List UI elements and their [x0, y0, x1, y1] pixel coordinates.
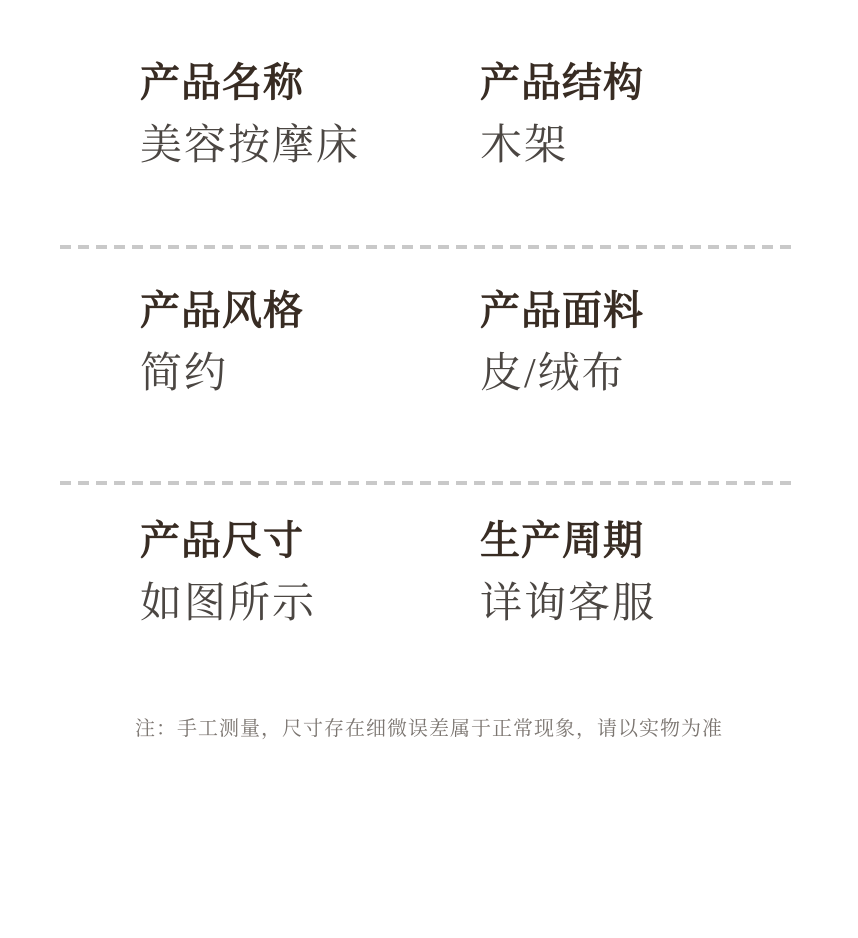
spec-label-product-style: 产品风格	[140, 289, 480, 333]
spec-label-production-cycle: 生产周期	[480, 519, 656, 563]
spec-item-production-cycle: 生产周期 详询客服	[480, 519, 656, 628]
spec-section-3: 产品尺寸 如图所示 生产周期 详询客服	[140, 519, 858, 628]
spec-label-product-name: 产品名称	[140, 61, 480, 105]
spec-item-product-structure: 产品结构 木架	[480, 61, 644, 170]
product-spec-page: 产品名称 美容按摩床 产品结构 木架 产品风格 简约 产品面料 皮/绒布 产品尺…	[0, 0, 858, 938]
spec-item-product-size: 产品尺寸 如图所示	[140, 519, 480, 628]
spec-value-product-structure: 木架	[480, 122, 644, 170]
spec-section-2: 产品风格 简约 产品面料 皮/绒布	[140, 289, 858, 398]
spec-value-product-style: 简约	[140, 350, 480, 398]
spec-item-product-name: 产品名称 美容按摩床	[140, 61, 480, 170]
spec-value-production-cycle: 详询客服	[480, 580, 656, 628]
spec-item-product-style: 产品风格 简约	[140, 289, 480, 398]
spec-label-product-size: 产品尺寸	[140, 519, 480, 563]
spec-label-product-fabric: 产品面料	[480, 289, 644, 333]
spec-section-1: 产品名称 美容按摩床 产品结构 木架	[140, 61, 858, 170]
spec-label-product-structure: 产品结构	[480, 61, 644, 105]
spec-value-product-fabric: 皮/绒布	[480, 350, 644, 398]
spec-item-product-fabric: 产品面料 皮/绒布	[480, 289, 644, 398]
spec-value-product-name: 美容按摩床	[140, 122, 480, 170]
measurement-note: 注：手工测量，尺寸存在细微误差属于正常现象，请以实物为准	[0, 712, 858, 741]
dashed-divider-1	[60, 245, 795, 249]
spec-value-product-size: 如图所示	[140, 580, 480, 628]
dashed-divider-2	[60, 481, 795, 485]
